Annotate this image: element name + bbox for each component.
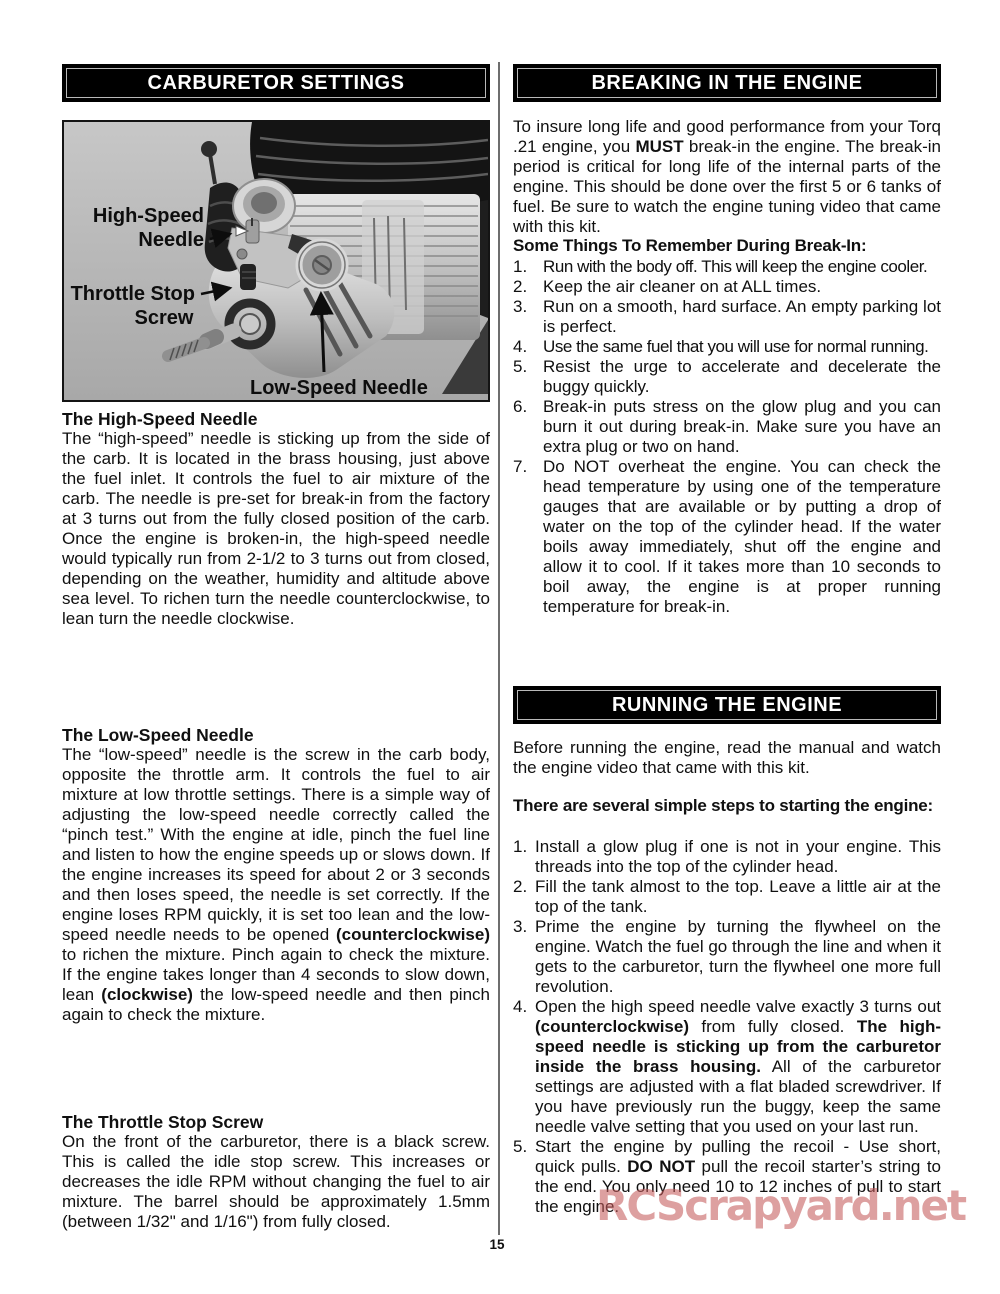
list-item-text: Run with the body off. This will keep th…	[543, 257, 927, 276]
pull-rod-ball	[201, 141, 217, 157]
list-item-text: Prime the engine by turning the flywheel…	[535, 917, 941, 996]
label-low-speed: Low-Speed Needle	[250, 377, 428, 399]
text-segment-bold: (counterclockwise)	[336, 925, 490, 944]
list-item-text: Resist the urge to accelerate and decele…	[543, 357, 941, 396]
list-item: 1.Install a glow plug if one is not in y…	[513, 837, 941, 877]
watermark: RCScrapyard.net	[596, 1181, 965, 1230]
list-item-text: Install a glow plug if one is not in you…	[535, 837, 941, 876]
text-segment-bold: DO NOT	[627, 1157, 695, 1176]
text-segment-bold: MUST	[635, 137, 683, 156]
paragraph-running-intro: Before running the engine, read the manu…	[513, 738, 941, 778]
label-high-speed: High-Speed	[93, 205, 204, 227]
column-divider	[498, 62, 500, 1235]
list-number: 1.	[513, 257, 527, 277]
text-segment: The “low-speed” needle is the screw in t…	[62, 745, 490, 944]
engine-figure: High-Speed Needle Throttle Stop Screw Lo…	[62, 120, 490, 402]
list-number: 7.	[513, 457, 527, 477]
paragraph-low-speed-needle: The “low-speed” needle is the screw in t…	[62, 745, 490, 1025]
paragraph-breakin-intro: To insure long life and good performance…	[513, 117, 941, 237]
heading-low-speed-needle: The Low-Speed Needle	[62, 725, 490, 745]
heading-high-speed-needle: The High-Speed Needle	[62, 409, 490, 429]
list-number: 2.	[513, 877, 527, 897]
running-list: 1.Install a glow plug if one is not in y…	[513, 837, 941, 1217]
list-item-text: Do NOT overheat the engine. You can chec…	[543, 457, 941, 616]
list-item: 2.Keep the air cleaner on at ALL times.	[513, 277, 941, 297]
list-item: 4.Use the same fuel that you will use fo…	[513, 337, 941, 357]
paragraph-high-speed-needle: The “high-speed” needle is sticking up f…	[62, 429, 490, 629]
list-number: 3.	[513, 297, 527, 317]
breakin-list-title: Some Things To Remember During Break-In:	[513, 236, 941, 256]
list-number: 1.	[513, 837, 527, 857]
list-item-text: Run on a smooth, hard surface. An empty …	[543, 297, 941, 336]
list-item-text: Use the same fuel that you will use for …	[543, 337, 928, 356]
list-number: 6.	[513, 397, 527, 417]
section-header-label: BREAKING IN THE ENGINE	[517, 68, 937, 98]
text-segment: from fully closed.	[689, 1017, 857, 1036]
list-number: 4.	[513, 997, 527, 1017]
low-speed-needle-part	[299, 242, 345, 288]
list-item: 4.Open the high speed needle valve exact…	[513, 997, 941, 1137]
list-item: 6.Break-in puts stress on the glow plug …	[513, 397, 941, 457]
section-header-label: CARBURETOR SETTINGS	[66, 68, 486, 98]
list-item-text: Break-in puts stress on the glow plug an…	[543, 397, 941, 456]
throttle-stop-screw-part	[240, 264, 256, 290]
list-item-text: Keep the air cleaner on at ALL times.	[543, 277, 821, 296]
breakin-list: 1.Run with the body off. This will keep …	[513, 257, 941, 617]
list-number: 4.	[513, 337, 527, 357]
text-segment-bold: (clockwise)	[101, 985, 193, 1004]
list-number: 2.	[513, 277, 527, 297]
heading-throttle-stop-screw: The Throttle Stop Screw	[62, 1112, 490, 1132]
manual-page: CARBURETOR SETTINGS	[0, 0, 1000, 1294]
list-item: 2.Fill the tank almost to the top. Leave…	[513, 877, 941, 917]
list-number: 5.	[513, 1137, 527, 1157]
list-item: 5.Resist the urge to accelerate and dece…	[513, 357, 941, 397]
list-item: 7.Do NOT overheat the engine. You can ch…	[513, 457, 941, 617]
running-steps-title: There are several simple steps to starti…	[513, 796, 941, 816]
list-number: 3.	[513, 917, 527, 937]
list-item-text: Fill the tank almost to the top. Leave a…	[535, 877, 941, 916]
list-item: 3.Prime the engine by turning the flywhe…	[513, 917, 941, 997]
engine-photo: High-Speed Needle Throttle Stop Screw Lo…	[64, 122, 488, 400]
section-header-carburetor-settings: CARBURETOR SETTINGS	[62, 64, 490, 102]
label-high-speed-2: Needle	[138, 229, 204, 251]
section-header-label: RUNNING THE ENGINE	[517, 690, 937, 720]
list-item: 1.Run with the body off. This will keep …	[513, 257, 941, 277]
list-number: 5.	[513, 357, 527, 377]
text-segment-bold: (counterclockwise)	[535, 1017, 689, 1036]
section-header-breaking-in: BREAKING IN THE ENGINE	[513, 64, 941, 102]
label-throttle-stop: Throttle Stop	[71, 283, 195, 305]
page-number: 15	[467, 1237, 527, 1252]
text-segment: Open the high speed needle valve exactly…	[535, 997, 941, 1016]
paragraph-throttle-stop-screw: On the front of the carburetor, there is…	[62, 1132, 490, 1232]
list-item: 3.Run on a smooth, hard surface. An empt…	[513, 297, 941, 337]
section-header-running: RUNNING THE ENGINE	[513, 686, 941, 724]
label-throttle-stop-2: Screw	[135, 307, 194, 329]
